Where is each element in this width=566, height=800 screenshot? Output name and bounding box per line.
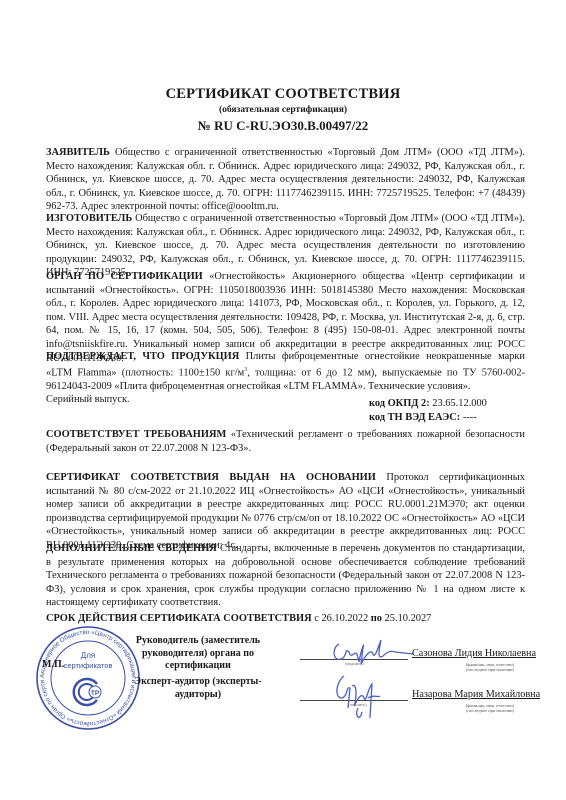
certification-stamp-icon: Акционерное Общество «Центр сертификации… — [35, 626, 141, 730]
okpd-value: 23.65.12.000 — [430, 398, 487, 409]
basis-section: СЕРТИФИКАТ СООТВЕТСТВИЯ ВЫДАН НА ОСНОВАН… — [46, 471, 525, 553]
validity-section: СРОК ДЕЙСТВИЯ СЕРТИФИКАТА СООТВЕТСТВИЯ с… — [46, 612, 525, 626]
additional-label: ДОПОЛНИТЕЛЬНЫЕ СВЕДЕНИЯ — [46, 543, 217, 554]
applicant-section: ЗАЯВИТЕЛЬ Общество с ограниченной ответс… — [46, 146, 525, 214]
stamp-logo: ТР — [91, 690, 100, 697]
manufacturer-label: ИЗГОТОВИТЕЛЬ — [46, 213, 132, 224]
svg-text:сертификатов: сертификатов — [64, 661, 113, 670]
head-role: Руководитель (заместитель руководителя) … — [128, 635, 268, 673]
applicant-text: Общество с ограниченной ответственностью… — [46, 147, 525, 212]
applicant-label: ЗАЯВИТЕЛЬ — [46, 147, 110, 158]
certificate-page: СЕРТИФИКАТ СООТВЕТСТВИЯ (обязательная се… — [0, 0, 566, 800]
certification-body-label: ОРГАН ПО СЕРТИФИКАЦИИ — [46, 271, 203, 282]
document-title: СЕРТИФИКАТ СООТВЕТСТВИЯ — [0, 86, 566, 103]
basis-label: СЕРТИФИКАТ СООТВЕТСТВИЯ ВЫДАН НА ОСНОВАН… — [46, 472, 376, 483]
basis-text: Протокол сертификационных испытаний № 80… — [46, 472, 525, 551]
tnved-value: ---- — [460, 412, 476, 423]
document-subtitle: (обязательная сертификация) — [0, 105, 566, 115]
head-name-hint-2: (последнее при наличии) — [425, 667, 555, 672]
additional-section: ДОПОЛНИТЕЛЬНЫЕ СВЕДЕНИЯ Стандарты, включ… — [46, 542, 525, 610]
expert-name-hint-2: (последнее при наличии) — [425, 708, 555, 713]
validity-to: 25.10.2027 — [385, 613, 432, 624]
head-signature-icon — [325, 630, 415, 670]
product-label: ПОДТВЕРЖДАЕТ, ЧТО ПРОДУКЦИЯ — [46, 351, 239, 362]
certificate-number: № RU C-RU.ЭО30.В.00497/22 — [0, 118, 566, 134]
expert-name: Назарова Мария Михайловна — [412, 689, 540, 700]
stamp-mark: М.П. — [42, 659, 64, 670]
expert-signature-icon — [328, 668, 388, 724]
validity-to-word: по — [368, 613, 384, 624]
validity-label: СРОК ДЕЙСТВИЯ СЕРТИФИКАТА СООТВЕТСТВИЯ — [46, 613, 312, 624]
okpd-label: код ОКПД 2: — [369, 398, 430, 409]
head-name: Сазонова Лидия Николаевна — [412, 648, 536, 659]
svg-text:Для: Для — [81, 651, 95, 660]
product-codes: код ОКПД 2: 23.65.12.000 код ТН ВЭД ЕАЭС… — [369, 397, 487, 424]
head-name-hint: (фамилия, имя, отчество) (последнее при … — [425, 662, 555, 672]
validity-from: 26.10.2022 — [321, 613, 368, 624]
requirements-section: СООТВЕТСТВУЕТ ТРЕБОВАНИЯМ «Технический р… — [46, 428, 525, 455]
expert-name-hint: (фамилия, имя, отчество) (последнее при … — [425, 703, 555, 713]
requirements-label: СООТВЕТСТВУЕТ ТРЕБОВАНИЯМ — [46, 429, 226, 440]
tnved-label: код ТН ВЭД ЕАЭС: — [369, 412, 460, 423]
validity-from-word: с — [312, 613, 322, 624]
product-serial: Серийный выпуск. — [46, 394, 130, 405]
expert-role: Эксперт-аудитор (эксперты-аудиторы) — [128, 676, 268, 701]
